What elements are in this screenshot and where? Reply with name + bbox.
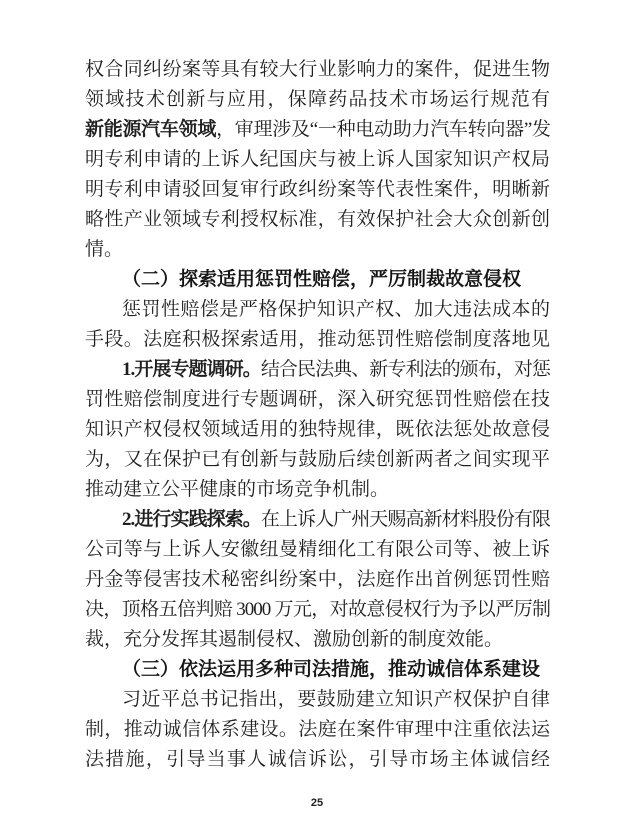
text-segment: 罚性赔偿制度进行专题调研，深入研究惩罚性赔偿在技术类 <box>85 389 550 415</box>
heading-text: （三）依法运用多种司法措施，推动诚信体系建设 <box>122 659 540 680</box>
text-line: 情。 <box>85 235 550 265</box>
text-segment: 情。 <box>85 239 123 260</box>
text-segment: 权合同纠纷案等具有较大行业影响力的案件，促进生物医药 <box>85 59 550 85</box>
text-line: 领域技术创新与应用，保障药品技术市场运行规范有序。在 <box>85 85 550 115</box>
text-line: 手段。法庭积极探索适用，推动惩罚性赔偿制度落地见效。 <box>85 325 550 355</box>
text-line: 法措施，引导当事人诚信诉讼，引导市场主体诚信经营，防 <box>85 745 550 775</box>
text-segment: 公司等与上诉人安徽纽曼精细化工有限公司等、被上诉人吴 <box>85 539 550 565</box>
text-line: 知识产权侵权领域适用的独特规律，既依法惩处故意侵权行 <box>85 415 550 445</box>
text-segment: 决，顶格五倍判赔 3000 万元，对故意侵权行为予以严厉制 <box>85 599 550 620</box>
text-segment: 知识产权侵权领域适用的独特规律，既依法惩处故意侵权行 <box>85 419 550 445</box>
text-segment: 为，又在保护已有创新与鼓励后续创新两者之间实现平衡， <box>85 449 550 475</box>
text-segment: 推动建立公平健康的市场竞争机制。 <box>85 479 389 500</box>
text-line: 新能源汽车领域，审理涉及“一种电动助力汽车转向器”发 <box>85 115 550 145</box>
text-segment: 结合民法典、新专利法的颁布，对惩 <box>261 359 550 380</box>
page-number: 25 <box>0 797 634 809</box>
text-segment: 制，推动诚信体系建设。法庭在案件审理中注重依法运用司 <box>85 719 550 745</box>
text-line: 决，顶格五倍判赔 3000 万元，对故意侵权行为予以严厉制 <box>85 595 550 625</box>
text-segment: 明专利申请的上诉人纪国庆与被上诉人国家知识产权局发 <box>85 149 550 175</box>
heading-text: （二）探索适用惩罚性赔偿，严厉制裁故意侵权 <box>122 269 521 290</box>
text-line: 罚性赔偿制度进行专题调研，深入研究惩罚性赔偿在技术类 <box>85 385 550 415</box>
text-segment: 略性产业领域专利授权标准，有效保护社会大众创新创造热 <box>85 209 550 235</box>
text-segment-bold: 新能源汽车领域 <box>85 119 216 140</box>
text-line: 1.开展专题调研。结合民法典、新专利法的颁布，对惩 <box>85 355 550 385</box>
text-segment: 惩罚性赔偿是严格保护知识产权、加大违法成本的重要 <box>122 299 550 325</box>
text-line: 为，又在保护已有创新与鼓励后续创新两者之间实现平衡， <box>85 445 550 475</box>
document-page: 权合同纠纷案等具有较大行业影响力的案件，促进生物医药 领域技术创新与应用，保障药… <box>0 0 634 822</box>
text-line: 权合同纠纷案等具有较大行业影响力的案件，促进生物医药 <box>85 55 550 85</box>
text-line: 惩罚性赔偿是严格保护知识产权、加大违法成本的重要 <box>85 295 550 325</box>
text-line: 略性产业领域专利授权标准，有效保护社会大众创新创造热 <box>85 205 550 235</box>
text-segment: 丹金等侵害技术秘密纠纷案中，法庭作出首例惩罚性赔偿判 <box>85 569 550 595</box>
text-line: 明专利申请的上诉人纪国庆与被上诉人国家知识产权局发 <box>85 145 550 175</box>
text-segment-bold: 1.开展专题调研。 <box>122 359 261 380</box>
text-line: 制，推动诚信体系建设。法庭在案件审理中注重依法运用司 <box>85 715 550 745</box>
document-body: 权合同纠纷案等具有较大行业影响力的案件，促进生物医药 领域技术创新与应用，保障药… <box>85 55 550 775</box>
text-segment: 裁，充分发挥其遏制侵权、激励创新的制度效能。 <box>85 629 503 650</box>
text-segment-bold: 2.进行实践探索。 <box>122 509 261 530</box>
text-segment: 领域技术创新与应用，保障药品技术市场运行规范有序。 <box>85 89 550 115</box>
text-line: 推动建立公平健康的市场竞争机制。 <box>85 475 550 505</box>
text-line: 丹金等侵害技术秘密纠纷案中，法庭作出首例惩罚性赔偿判 <box>85 565 550 595</box>
text-segment: ，审理涉及“一种电动助力汽车转向器”发 <box>216 119 550 140</box>
text-segment: 在上诉人广州天赐高新材料股份有限 <box>261 509 550 530</box>
text-segment: 手段。法庭积极探索适用，推动惩罚性赔偿制度落地见效。 <box>85 329 550 355</box>
text-line: 明专利申请驳回复审行政纠纷案等代表性案件，明晰新兴战 <box>85 175 550 205</box>
section-heading-2: （二）探索适用惩罚性赔偿，严厉制裁故意侵权 <box>85 265 550 295</box>
text-segment: 习近平总书记指出，要鼓励建立知识产权保护自律机 <box>122 689 550 715</box>
text-segment: 明专利申请驳回复审行政纠纷案等代表性案件，明晰新兴战 <box>85 179 550 205</box>
text-line: 2.进行实践探索。在上诉人广州天赐高新材料股份有限 <box>85 505 550 535</box>
text-line: 公司等与上诉人安徽纽曼精细化工有限公司等、被上诉人吴 <box>85 535 550 565</box>
text-line: 习近平总书记指出，要鼓励建立知识产权保护自律机 <box>85 685 550 715</box>
text-line: 裁，充分发挥其遏制侵权、激励创新的制度效能。 <box>85 625 550 655</box>
text-segment: 法措施，引导当事人诚信诉讼，引导市场主体诚信经营，防 <box>85 749 550 775</box>
section-heading-3: （三）依法运用多种司法措施，推动诚信体系建设 <box>85 655 550 685</box>
